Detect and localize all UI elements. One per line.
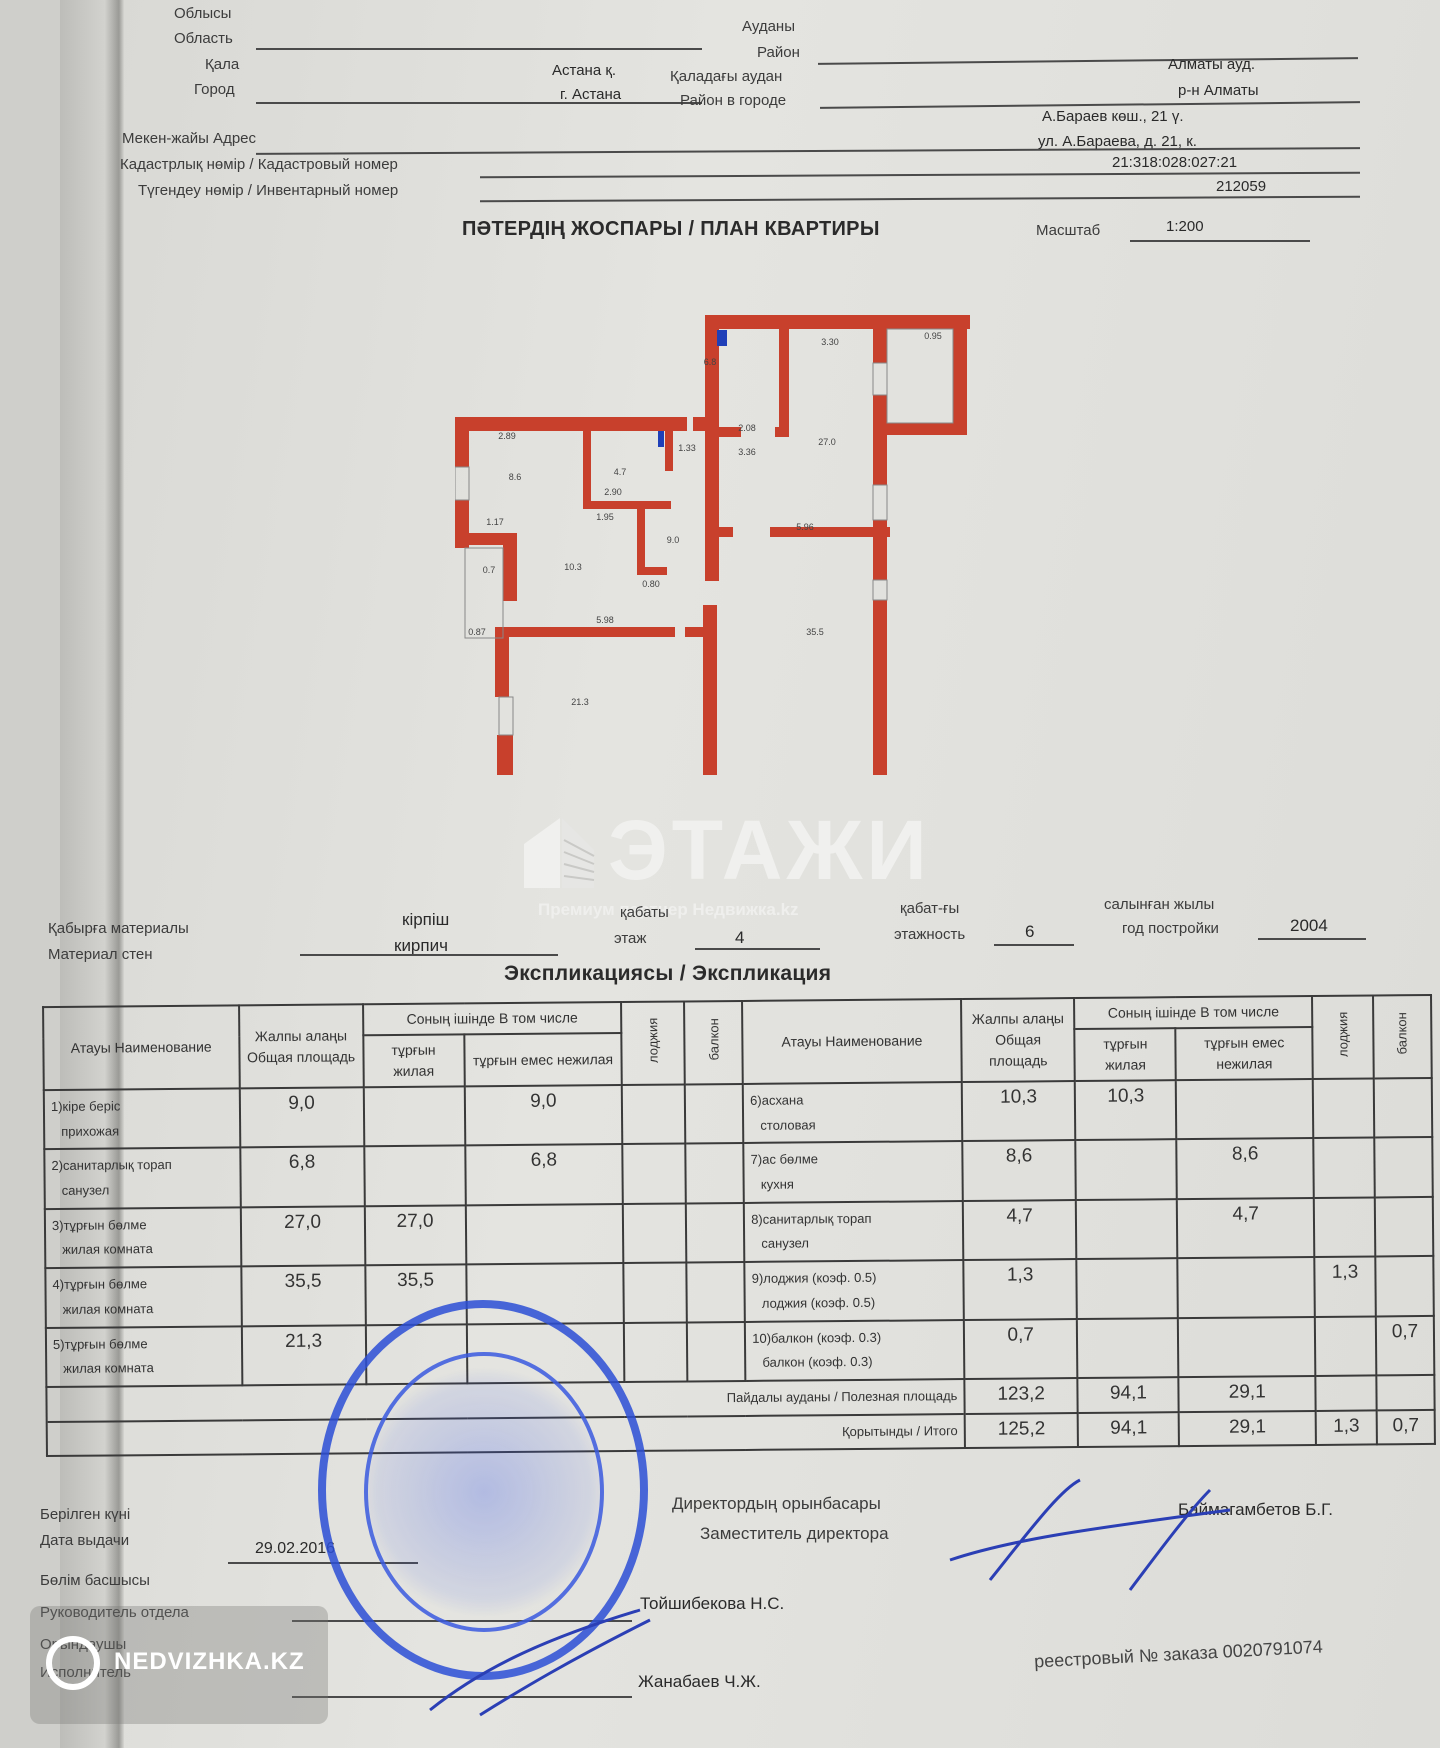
room-name: 9)лоджия (коэф. 0.5)лоджия (коэф. 0.5) <box>745 1260 964 1321</box>
col-total: Жалпы алаңы Общая площадь <box>239 1004 364 1088</box>
wall-material-value-kz: кірпіш <box>402 910 449 930</box>
svg-text:5.98: 5.98 <box>596 615 614 625</box>
address-value-kz: А.Бараев көш., 21 ү. <box>1042 108 1183 125</box>
svg-text:3.30: 3.30 <box>821 337 839 347</box>
svg-text:0.95: 0.95 <box>924 331 942 341</box>
wall-material-label-kz: Қабырға материалы <box>48 920 189 937</box>
svg-text:2.90: 2.90 <box>604 487 622 497</box>
svg-text:3.36: 3.36 <box>738 447 756 457</box>
svg-text:21.3: 21.3 <box>571 697 589 707</box>
cell-nonliving <box>1176 1079 1313 1140</box>
col-incl-2: Соның ішінде В том числе <box>1075 996 1313 1029</box>
cell-living: 10,3 <box>1075 1080 1176 1140</box>
room-name: 7)ас бөлмекухня <box>744 1141 963 1202</box>
svg-text:8.6: 8.6 <box>509 472 522 482</box>
deputy-signature <box>930 1470 1260 1600</box>
room-name: 2)санитарлық торапсанузел <box>44 1148 240 1209</box>
floor-plan: 3.30 0.95 2.08 3.36 5.96 2.89 2.90 1.95 … <box>455 305 975 775</box>
cell-total: 6,8 <box>240 1147 365 1207</box>
room-name: 10)балкон (коэф. 0.3)балкон (коэф. 0.3) <box>745 1320 964 1381</box>
cell-balcony <box>687 1262 745 1322</box>
svg-text:10.3: 10.3 <box>564 562 582 572</box>
badge-text: NEDVIZHKA.KZ <box>114 1648 305 1676</box>
svg-text:9.0: 9.0 <box>667 535 680 545</box>
cell-balcony <box>687 1321 745 1381</box>
deputy-label-kz: Директордың орынбасары <box>672 1494 881 1514</box>
cell-balcony <box>686 1143 744 1203</box>
cell-nonliving <box>465 1204 623 1265</box>
cell-balcony <box>1375 1256 1433 1316</box>
col-incl: Соның ішінде В том числе <box>363 1002 622 1035</box>
cell-loggia <box>1313 1078 1375 1138</box>
cell-nonliving <box>1178 1257 1315 1318</box>
cell-loggia <box>624 1263 688 1323</box>
city-district-value-kz: Алматы ауд. <box>1168 56 1255 73</box>
inventory-line <box>480 196 1360 203</box>
floors-line <box>994 944 1074 946</box>
cell-living <box>1077 1258 1178 1318</box>
cell-loggia <box>623 1144 687 1204</box>
svg-text:0.87: 0.87 <box>468 627 486 637</box>
cell-loggia <box>624 1322 688 1382</box>
cell-loggia <box>622 1084 686 1144</box>
floor-value: 4 <box>735 928 744 948</box>
wall-material-label-ru: Материал стен <box>48 946 153 963</box>
city-district-label-ru: Район в городе <box>680 92 786 109</box>
svg-text:0.80: 0.80 <box>642 579 660 589</box>
cell-balcony <box>1374 1078 1432 1138</box>
floor-label-kz: қабаты <box>620 904 669 921</box>
year-line <box>1258 938 1366 940</box>
svg-text:1.95: 1.95 <box>596 512 614 522</box>
inventory-label: Түгендеу нөмір / Инвентарный номер <box>138 182 398 199</box>
cell-total: 1,3 <box>963 1259 1077 1319</box>
watermark-brand: ЭТАЖИ <box>608 808 931 892</box>
cadastral-value: 21:318:028:027:21 <box>1112 154 1237 171</box>
cell-loggia: 1,3 <box>1314 1257 1376 1317</box>
page-binding <box>60 0 124 1748</box>
cell-total: 35,5 <box>241 1265 366 1325</box>
nedvizhka-badge: NEDVIZHKA.KZ <box>30 1606 328 1724</box>
cell-loggia <box>1313 1138 1375 1198</box>
floors-value: 6 <box>1025 922 1034 942</box>
floors-label-kz: қабат-ғы <box>900 900 959 917</box>
home-icon <box>46 1636 100 1690</box>
city-label-kz: Қала <box>205 56 239 73</box>
wall-material-value-ru: кирпич <box>394 936 448 956</box>
col-loggia-2: лоджия <box>1312 995 1374 1079</box>
cell-loggia <box>1315 1316 1377 1376</box>
room-name: 5)тұрғын бөлмежилая комната <box>46 1326 242 1387</box>
cell-living: 27,0 <box>364 1205 465 1265</box>
col-total-2: Жалпы алаңы Общая площадь <box>961 998 1075 1082</box>
building-icon <box>520 810 598 890</box>
cell-nonliving: 9,0 <box>464 1085 622 1146</box>
cell-balcony <box>1375 1197 1433 1257</box>
executor-signature <box>420 1600 680 1720</box>
issue-date-label-ru: Дата выдачи <box>40 1532 129 1549</box>
cell-nonliving <box>1178 1316 1315 1377</box>
cell-total: 10,3 <box>962 1081 1076 1141</box>
year-label-ru: год постройки <box>1122 920 1219 937</box>
cell-balcony <box>685 1084 743 1144</box>
svg-text:2.89: 2.89 <box>498 431 516 441</box>
room-name: 4)тұрғын бөлмежилая комната <box>45 1266 241 1327</box>
svg-text:2.08: 2.08 <box>738 423 756 433</box>
plan-walls <box>455 315 970 775</box>
cell-balcony <box>1374 1137 1432 1197</box>
cell-balcony <box>686 1203 744 1263</box>
cell-nonliving: 4,7 <box>1177 1198 1314 1259</box>
svg-text:27.0: 27.0 <box>818 437 836 447</box>
cell-total: 27,0 <box>240 1206 365 1266</box>
cell-nonliving: 8,6 <box>1177 1138 1314 1199</box>
room-name: 3)тұрғын бөлмежилая комната <box>45 1207 241 1268</box>
region-label-kz: Облысы <box>174 5 231 22</box>
floor-label-ru: этаж <box>614 930 646 947</box>
city-district-value-ru: р-н Алматы <box>1178 82 1259 99</box>
year-label-kz: салынған жылы <box>1104 896 1214 913</box>
scale-label: Масштаб <box>1036 222 1100 239</box>
svg-text:6.8: 6.8 <box>704 357 717 367</box>
region-line <box>256 48 702 50</box>
cell-total: 4,7 <box>963 1200 1077 1260</box>
scale-line <box>1130 240 1310 242</box>
issue-date-label-kz: Берілген күні <box>40 1506 130 1523</box>
cell-total: 9,0 <box>239 1087 364 1147</box>
wall-material-line <box>300 954 558 956</box>
svg-text:1.17: 1.17 <box>486 517 504 527</box>
col-name-2: Атауы Наименование <box>742 999 961 1084</box>
col-balcony: балкон <box>684 1001 743 1085</box>
scale-value: 1:200 <box>1166 218 1204 235</box>
city-line <box>256 102 702 104</box>
cell-living <box>364 1146 465 1206</box>
svg-text:5.96: 5.96 <box>796 522 814 532</box>
cell-total: 8,6 <box>962 1140 1076 1200</box>
issue-date-value: 29.02.2016 <box>255 1540 335 1558</box>
plan-title: ПӘТЕРДІҢ ЖОСПАРЫ / ПЛАН КВАРТИРЫ <box>462 218 880 241</box>
cell-loggia <box>1314 1197 1376 1257</box>
city-district-label-kz: Қаладағы аудан <box>670 68 782 85</box>
cell-living <box>1077 1318 1178 1378</box>
district-label-ru: Район <box>757 44 800 61</box>
svg-text:35.5: 35.5 <box>806 627 824 637</box>
city-value-kz: Астана қ. <box>552 62 616 79</box>
floor-line <box>695 948 820 950</box>
region-label-ru: Область <box>174 30 233 47</box>
cell-balcony: 0,7 <box>1376 1315 1434 1375</box>
room-name: 8)санитарлық торапсанузел <box>744 1201 963 1262</box>
head-label-kz: Бөлім басшысы <box>40 1572 150 1589</box>
deputy-label-ru: Заместитель директора <box>700 1524 889 1544</box>
col-loggia: лоджия <box>621 1001 685 1085</box>
cell-living <box>363 1086 464 1146</box>
explication-table: Атауы Наименование Жалпы алаңы Общая пло… <box>42 994 1436 1457</box>
district-line <box>818 57 1358 65</box>
inventory-value: 212059 <box>1216 178 1266 195</box>
stamp-emblem <box>364 1352 604 1632</box>
cell-total: 21,3 <box>241 1325 366 1385</box>
etazhi-watermark: ЭТАЖИ <box>520 808 931 892</box>
cell-nonliving: 6,8 <box>465 1144 623 1205</box>
city-label-ru: Город <box>194 81 235 98</box>
cell-total: 0,7 <box>964 1319 1078 1379</box>
district-label-kz: Ауданы <box>742 18 795 35</box>
floors-label-ru: этажность <box>894 926 965 943</box>
cell-living <box>1076 1140 1177 1200</box>
col-balcony-2: балкон <box>1373 995 1432 1079</box>
explication-title: Экспликациясы / Экспликация <box>504 962 831 986</box>
cell-living <box>1076 1199 1177 1259</box>
address-label: Мекен-жайы Адрес <box>122 130 256 147</box>
room-name: 6)асханастоловая <box>743 1082 962 1143</box>
room-name: 1)кіре берісприхожая <box>44 1088 240 1149</box>
cell-loggia <box>623 1203 687 1263</box>
col-name: Атауы Наименование <box>43 1005 239 1090</box>
svg-text:1.33: 1.33 <box>678 443 696 453</box>
cadastral-label: Кадастрлық нөмір / Кадастровый номер <box>120 156 398 173</box>
svg-text:0.7: 0.7 <box>483 565 496 575</box>
city-value-ru: г. Астана <box>560 86 621 103</box>
svg-text:4.7: 4.7 <box>614 467 627 477</box>
year-value: 2004 <box>1290 916 1328 936</box>
